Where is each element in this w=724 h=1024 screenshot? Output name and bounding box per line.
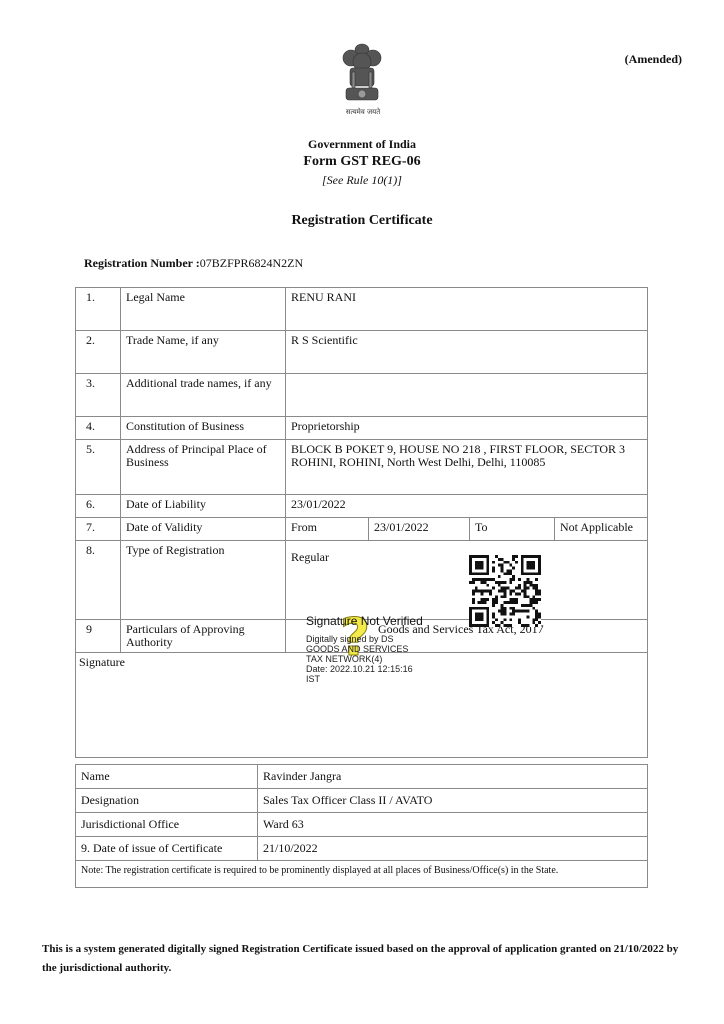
trade-name-value: R S Scientific bbox=[286, 331, 648, 374]
registration-number: Registration Number :07BZFPR6824N2ZN bbox=[84, 256, 303, 271]
table-row: 5. Address of Principal Place of Busines… bbox=[76, 440, 648, 495]
government-heading: Government of India bbox=[0, 137, 724, 152]
row-label: Constitution of Business bbox=[121, 417, 286, 440]
certificate-table: 1. Legal Name RENU RANI 2. Trade Name, i… bbox=[75, 287, 648, 758]
table-row: Jurisdictional Office Ward 63 bbox=[76, 813, 648, 837]
digital-signature-stamp[interactable]: Signature Not Verified Digitally signed … bbox=[306, 614, 423, 684]
authority-table: Name Ravinder Jangra Designation Sales T… bbox=[75, 764, 648, 888]
signature-status: Signature Not Verified bbox=[306, 614, 423, 628]
certificate-title: Registration Certificate bbox=[0, 213, 724, 229]
validity-to-value: Not Applicable bbox=[555, 518, 648, 541]
table-row: 3. Additional trade names, if any bbox=[76, 374, 648, 417]
table-row: 7. Date of Validity From 23/01/2022 To N… bbox=[76, 518, 648, 541]
row-label: Legal Name bbox=[121, 288, 286, 331]
note-row: Note: The registration certificate is re… bbox=[76, 861, 648, 888]
designation-label: Designation bbox=[76, 789, 258, 813]
row-label: Additional trade names, if any bbox=[121, 374, 286, 417]
row-number: 4. bbox=[76, 417, 121, 440]
footer-disclaimer: This is a system generated digitally sig… bbox=[42, 940, 682, 978]
row-label: Address of Principal Place of Business bbox=[121, 440, 286, 495]
display-note: Note: The registration certificate is re… bbox=[76, 861, 648, 888]
table-row: 1. Legal Name RENU RANI bbox=[76, 288, 648, 331]
rule-reference: [See Rule 10(1)] bbox=[0, 173, 724, 188]
table-row: 9. Date of issue of Certificate 21/10/20… bbox=[76, 837, 648, 861]
issue-date-value: 21/10/2022 bbox=[258, 837, 648, 861]
signature-details: Digitally signed by DS GOODS AND SERVICE… bbox=[306, 634, 423, 684]
row-number: 9 bbox=[76, 620, 121, 653]
authority-name-label: Name bbox=[76, 765, 258, 789]
designation-value: Sales Tax Officer Class II / AVATO bbox=[258, 789, 648, 813]
table-row: Designation Sales Tax Officer Class II /… bbox=[76, 789, 648, 813]
signature-tz-line: IST bbox=[306, 674, 423, 684]
date-of-liability-value: 23/01/2022 bbox=[286, 495, 648, 518]
row-number: 7. bbox=[76, 518, 121, 541]
row-number: 2. bbox=[76, 331, 121, 374]
jurisdictional-office-value: Ward 63 bbox=[258, 813, 648, 837]
row-label: Date of Liability bbox=[121, 495, 286, 518]
jurisdictional-office-label: Jurisdictional Office bbox=[76, 813, 258, 837]
legal-name-value: RENU RANI bbox=[286, 288, 648, 331]
row-label: Type of Registration bbox=[121, 541, 286, 620]
form-title: Form GST REG-06 bbox=[0, 154, 724, 170]
row-label: Trade Name, if any bbox=[121, 331, 286, 374]
row-label: Particulars of Approving Authority bbox=[121, 620, 286, 653]
row-number: 1. bbox=[76, 288, 121, 331]
signature-org-line: TAX NETWORK(4) bbox=[306, 654, 423, 664]
validity-from-label: From bbox=[286, 518, 369, 541]
table-row: Name Ravinder Jangra bbox=[76, 765, 648, 789]
emblem-motto: सत्यमेव जयते bbox=[333, 108, 393, 117]
table-row: 4. Constitution of Business Proprietorsh… bbox=[76, 417, 648, 440]
constitution-value: Proprietorship bbox=[286, 417, 648, 440]
address-value: BLOCK B POKET 9, HOUSE NO 218 , FIRST FL… bbox=[286, 440, 648, 495]
registration-number-value: 07BZFPR6824N2ZN bbox=[200, 256, 303, 270]
row-number: 8. bbox=[76, 541, 121, 620]
signature-org-line: GOODS AND SERVICES bbox=[306, 644, 423, 654]
additional-trade-names-value bbox=[286, 374, 648, 417]
row-number: 5. bbox=[76, 440, 121, 495]
validity-from-value: 23/01/2022 bbox=[369, 518, 470, 541]
table-row: 6. Date of Liability 23/01/2022 bbox=[76, 495, 648, 518]
registration-number-label: Registration Number : bbox=[84, 256, 200, 270]
table-row: 2. Trade Name, if any R S Scientific bbox=[76, 331, 648, 374]
qr-code-icon bbox=[469, 555, 541, 627]
authority-name-value: Ravinder Jangra bbox=[258, 765, 648, 789]
issue-date-label: 9. Date of issue of Certificate bbox=[76, 837, 258, 861]
amended-label: (Amended) bbox=[625, 52, 682, 67]
row-number: 6. bbox=[76, 495, 121, 518]
validity-to-label: To bbox=[470, 518, 555, 541]
row-label: Date of Validity bbox=[121, 518, 286, 541]
signature-signer-line: Digitally signed by DS bbox=[306, 634, 423, 644]
row-number: 3. bbox=[76, 374, 121, 417]
signature-date-line: Date: 2022.10.21 12:15:16 bbox=[306, 664, 423, 674]
